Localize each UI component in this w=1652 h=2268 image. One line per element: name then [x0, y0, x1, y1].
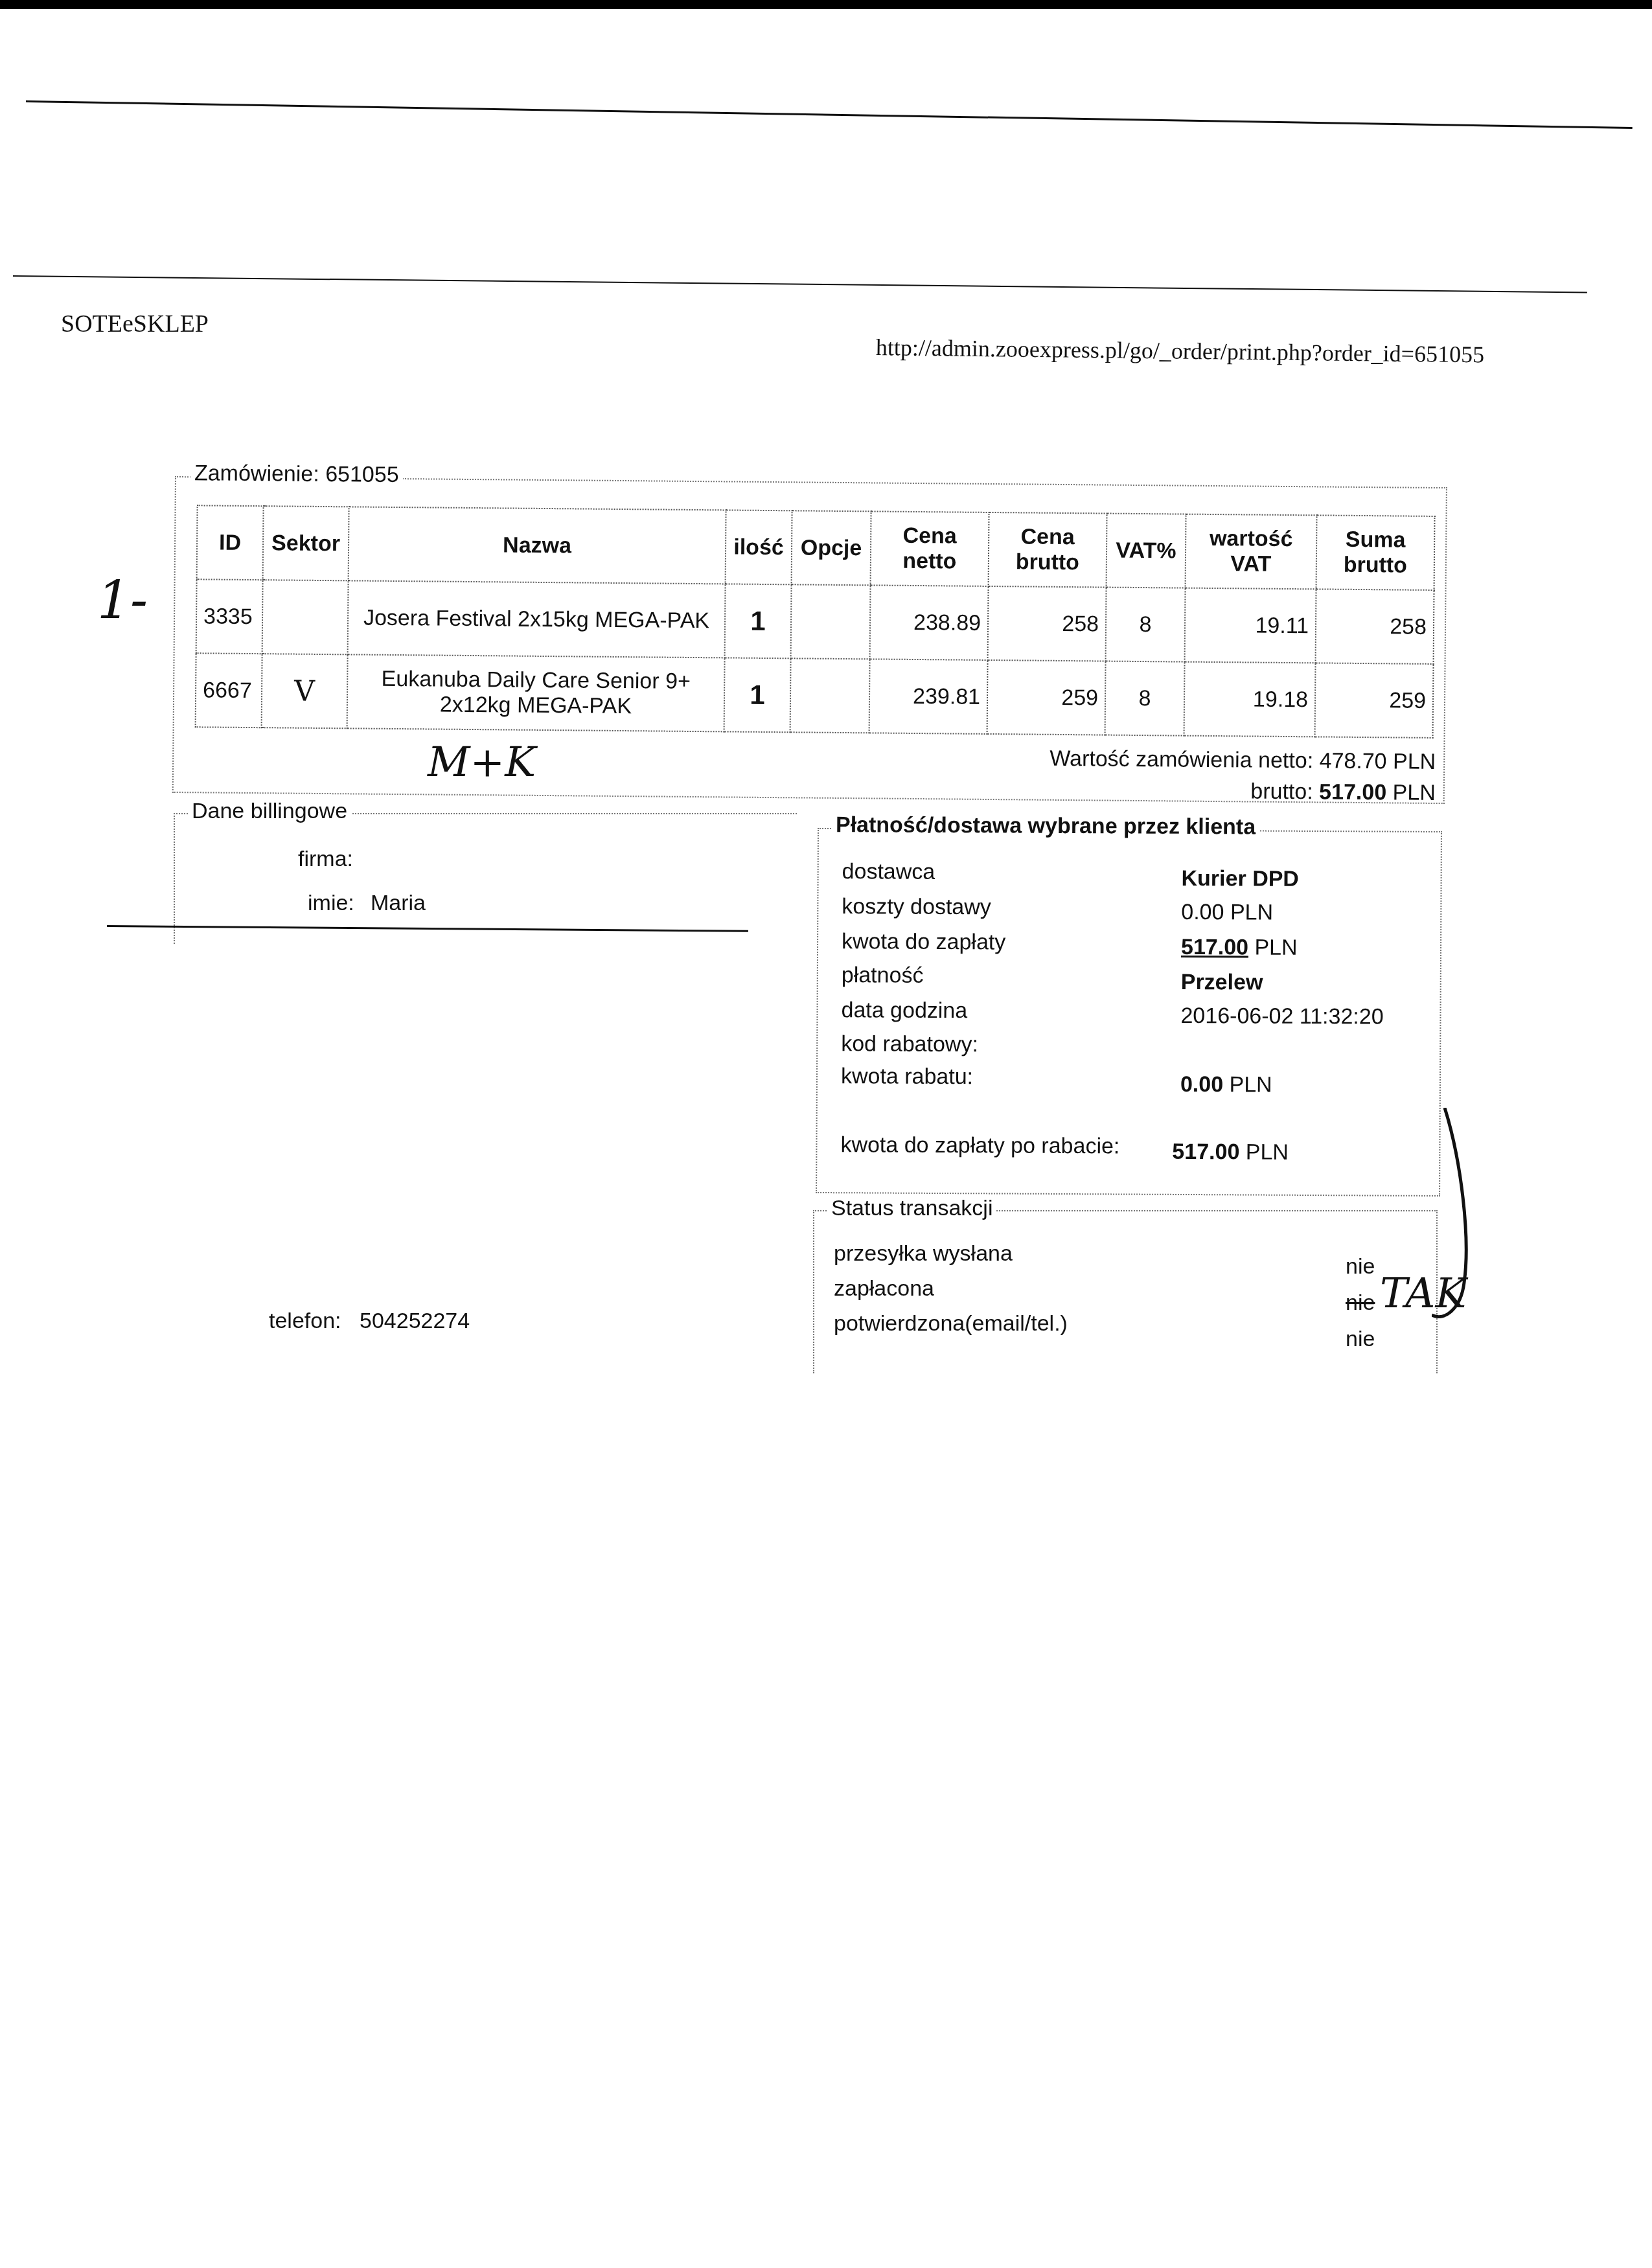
cell-ilosc: 1 [724, 658, 791, 732]
pay-kwota-currency: PLN [1254, 935, 1297, 960]
divider-line [13, 275, 1587, 293]
table-row: 3335 Josera Festival 2x15kg MEGA-PAK 1 2… [196, 579, 1434, 664]
pay-value-after-discount: 517.00 PLN [1172, 1140, 1289, 1165]
cell-cena-netto: 238.89 [870, 585, 989, 660]
col-vat-pct: VAT% [1107, 514, 1186, 588]
payment-section: Płatność/dostawa wybrane przez klienta d… [816, 828, 1442, 1197]
pay-value-koszty: 0.00 PLN [1181, 900, 1273, 926]
pay-label-kod: kod rabatowy: [841, 1031, 978, 1057]
total-brutto-currency: PLN [1393, 780, 1436, 805]
order-legend: Zamówienie: 651055 [190, 461, 403, 488]
pay-value-kwota: 517.00 PLN [1181, 935, 1298, 961]
cell-opcje [791, 584, 871, 659]
status-label-wyslana: przesyłka wysłana [834, 1241, 1013, 1266]
col-wartosc-vat: wartość VAT [1186, 514, 1317, 590]
total-brutto-label: brutto: [1250, 779, 1313, 805]
pay-label-kwota: kwota do zapłaty [842, 929, 1005, 955]
handwritten-initials: M+K [428, 739, 536, 786]
pay-label-koszty: koszty dostawy [842, 894, 991, 920]
cell-id: 6667 [196, 653, 262, 727]
telefon-label: telefon: [269, 1309, 341, 1334]
cell-nazwa: Eukanuba Daily Care Senior 9+ 2x12kg MEG… [347, 654, 725, 731]
status-value-potwierdzona: nie [1346, 1327, 1375, 1352]
scan-edge [0, 0, 1652, 9]
cell-ilosc: 1 [725, 584, 792, 658]
table-row: 6667 V Eukanuba Daily Care Senior 9+ 2x1… [196, 653, 1434, 738]
cell-sektor: V [262, 654, 348, 728]
pay-value-platnosc: Przelew [1181, 970, 1263, 996]
handwritten-bracket [1432, 1108, 1484, 1328]
cell-nazwa: Josera Festival 2x15kg MEGA-PAK [348, 580, 726, 658]
pay-label-rabat: kwota rabatu: [841, 1064, 973, 1090]
total-netto-label: Wartość zamówienia netto: [1050, 746, 1313, 773]
cell-sektor [262, 580, 349, 654]
pay-label-after-discount: kwota do zapłaty po rabacie: [840, 1132, 1119, 1159]
billing-legend: Dane billingowe [188, 799, 351, 824]
pay-value-data: 2016-06-02 11:32:20 [1180, 1003, 1383, 1030]
pay-after-discount-currency: PLN [1246, 1140, 1289, 1164]
pay-after-discount-amount: 517.00 [1172, 1140, 1239, 1165]
pay-label-dostawca: dostawca [842, 859, 935, 885]
cell-cena-brutto: 258 [988, 586, 1107, 661]
col-ilosc: ilość [726, 510, 792, 584]
order-totals: Wartość zamówienia netto: 478.70 PLN bru… [1050, 743, 1436, 808]
order-items-table: ID Sektor Nazwa ilość Opcje Cena netto C… [195, 505, 1436, 739]
pay-kwota-amount: 517.00 [1181, 935, 1248, 960]
col-cena-brutto: Cena brutto [989, 512, 1107, 588]
pay-label-data: data godzina [841, 998, 967, 1024]
pay-value-rabat: 0.00 PLN [1180, 1072, 1272, 1098]
col-opcje: Opcje [792, 510, 871, 585]
cell-cena-brutto: 259 [987, 660, 1106, 735]
status-section: Status transakcji przesyłka wysłana zapł… [813, 1210, 1438, 1373]
status-label-zaplacona: zapłacona [834, 1276, 934, 1301]
imie-value: Maria [371, 891, 426, 916]
cell-suma-brutto: 258 [1316, 589, 1434, 664]
cell-opcje [790, 658, 870, 733]
telefon-value: 504252274 [360, 1309, 470, 1334]
cell-id: 3335 [196, 579, 263, 654]
table-header-row: ID Sektor Nazwa ilość Opcje Cena netto C… [197, 505, 1435, 590]
status-legend: Status transakcji [827, 1196, 996, 1221]
total-brutto-line: brutto: 517.00 PLN [1050, 774, 1436, 808]
col-sektor: Sektor [263, 506, 349, 580]
cell-wartosc-vat: 19.18 [1184, 662, 1316, 737]
cell-suma-brutto: 259 [1315, 663, 1434, 738]
status-value-zaplacona: nie [1346, 1290, 1375, 1316]
pay-label-platnosc: płatność [842, 963, 924, 989]
page-url: http://admin.zooexpress.pl/go/_order/pri… [876, 334, 1485, 368]
cell-cena-netto: 239.81 [869, 659, 988, 734]
pay-rabat-amount: 0.00 [1180, 1072, 1223, 1097]
col-cena-netto: Cena netto [871, 511, 989, 586]
col-id: ID [197, 505, 264, 580]
billing-section: Dane billingowe firma: imie: Maria [174, 813, 797, 944]
handwritten-margin-mark: 1- [97, 570, 148, 630]
status-label-potwierdzona: potwierdzona(email/tel.) [834, 1311, 1068, 1336]
cell-wartosc-vat: 19.11 [1185, 588, 1316, 663]
firma-label: firma: [298, 847, 353, 872]
col-nazwa: Nazwa [349, 507, 726, 584]
col-suma-brutto: Suma brutto [1316, 515, 1435, 590]
imie-label: imie: [308, 891, 354, 916]
total-netto-value: 478.70 PLN [1319, 748, 1436, 774]
payment-legend: Płatność/dostawa wybrane przez klienta [832, 812, 1259, 840]
divider-line [26, 100, 1633, 129]
status-value-wyslana: nie [1346, 1254, 1375, 1279]
order-section: Zamówienie: 651055 ID Sektor Nazwa ilość… [172, 476, 1447, 804]
pay-rabat-currency: PLN [1229, 1072, 1272, 1097]
site-name: SOTEeSKLEP [61, 310, 209, 338]
total-brutto-amount: 517.00 [1319, 779, 1386, 805]
cell-vat-pct: 8 [1105, 661, 1185, 736]
pay-value-dostawca: Kurier DPD [1181, 866, 1299, 892]
total-netto-line: Wartość zamówienia netto: 478.70 PLN [1050, 743, 1436, 777]
cell-vat-pct: 8 [1106, 588, 1186, 662]
